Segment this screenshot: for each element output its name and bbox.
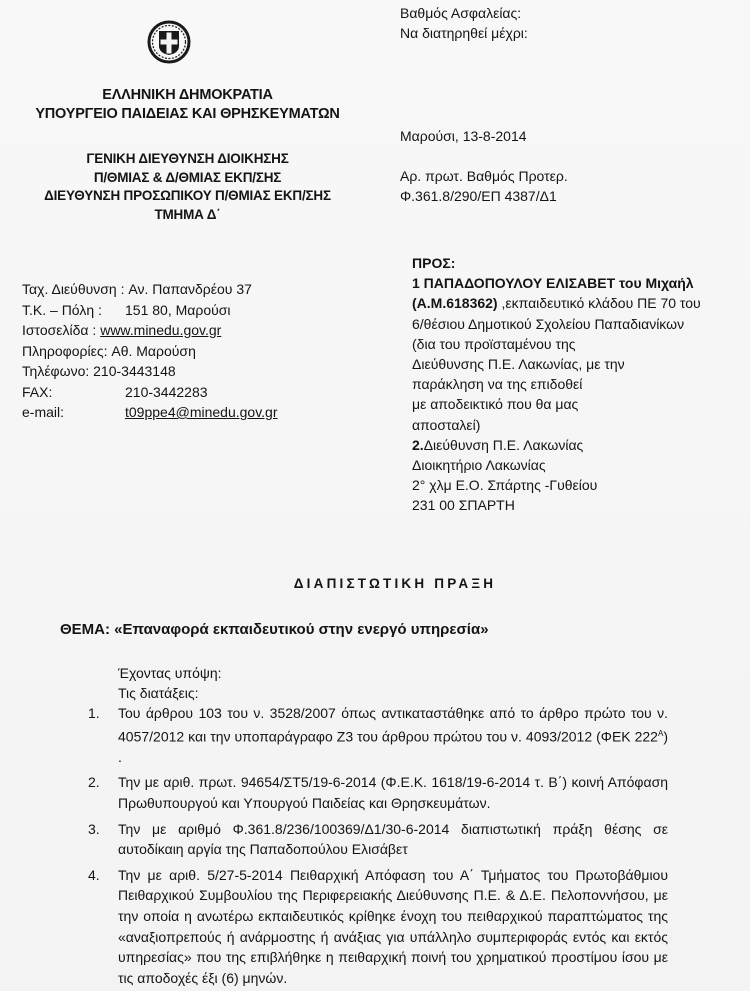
recipients-block: ΠΡΟΣ: 1 ΠΑΠΑΔΟΠΟΥΛΟΥ ΕΛΙΣΑΒΕΤ του Μιχαήλ…: [412, 253, 747, 516]
contact-fax: FAX:210-3442283: [22, 382, 278, 403]
protocol-label: Αρ. πρωτ. Βαθμός Προτερ.: [400, 166, 568, 186]
email-link[interactable]: t09ppe4@minedu.gov.gr: [125, 402, 278, 423]
info-value: Αθ. Μαρούση: [111, 341, 196, 362]
considering-block: Έχοντας υπόψη: Τις διατάξεις:: [118, 663, 222, 703]
website-link[interactable]: www.minedu.gov.gr: [100, 320, 221, 341]
provision-number: 4.: [88, 865, 118, 989]
recipient-1-line: παράκληση να της επιδοθεί: [412, 374, 747, 394]
provision-body: Του άρθρου 103 του ν. 3528/2007 όπως αντ…: [118, 705, 668, 744]
header-organization: ΕΛΛΗΝΙΚΗ ΔΗΜΟΚΡΑΤΙΑ ΥΠΟΥΡΓΕΙΟ ΠΑΙΔΕΙΑΣ Κ…: [0, 86, 375, 124]
city-value: 151 80, Μαρούσι: [125, 300, 231, 321]
provision-item: 4. Την με αριθ. 5/27-5-2014 Πειθαρχική Α…: [88, 865, 668, 989]
recipient-1-line: (δια του προϊσταμένου της: [412, 334, 747, 354]
recipient-2-num: 2.: [412, 437, 424, 453]
greek-coat-of-arms-icon: [147, 20, 191, 64]
contact-phone: Τηλέφωνο: 210-3443148: [22, 361, 278, 382]
provision-text: Την με αριθ. 5/27-5-2014 Πειθαρχική Απόφ…: [118, 865, 668, 989]
dept-line: ΔΙΕΥΘΥΝΣΗ ΠΡΟΣΩΠΙΚΟΥ Π/ΘΜΙΑΣ ΕΚΠ/ΣΗΣ: [0, 187, 375, 206]
fax-label: FAX:: [22, 382, 125, 403]
provision-text: Την με αριθ. πρωτ. 94654/ΣΤ5/19-6-2014 (…: [118, 772, 668, 813]
ministry-title: ΥΠΟΥΡΓΕΙΟ ΠΑΙΔΕΙΑΣ ΚΑΙ ΘΡΗΣΚΕΥΜΑΤΩΝ: [0, 105, 375, 124]
recipient-1-line: αποσταλεί): [412, 415, 747, 435]
header-department: ΓΕΝΙΚΗ ΔΙΕΥΘΥΝΣΗ ΔΙΟΙΚΗΣΗΣ Π/ΘΜΙΑΣ & Δ/Θ…: [0, 150, 375, 224]
city-label: Τ.Κ. – Πόλη :: [22, 300, 125, 321]
recipient-1-name: 1 ΠΑΠΑΔΟΠΟΥΛΟΥ ΕΛΙΣΑΒΕΤ: [412, 275, 615, 291]
recipient-1-line: 6/θέσιου Δημοτικού Σχολείου Παπαδιανίκων: [412, 314, 747, 334]
recipient-1-line: με αποδεικτικό που θα μας: [412, 394, 747, 414]
phone-value: 210-3443148: [93, 361, 176, 382]
email-label: e-mail:: [22, 402, 125, 423]
republic-title: ΕΛΛΗΝΙΚΗ ΔΗΜΟΚΡΑΤΙΑ: [0, 86, 375, 105]
contact-block: Ταχ. Διεύθυνση : Αν. Παπανδρέου 37 Τ.Κ. …: [22, 279, 278, 423]
recipient-1: 1 ΠΑΠΑΔΟΠΟΥΛΟΥ ΕΛΙΣΑΒΕΤ του Μιχαήλ: [412, 273, 747, 293]
contact-info: Πληροφορίες: Αθ. Μαρούση: [22, 341, 278, 362]
address-value: Αν. Παπανδρέου 37: [128, 279, 252, 300]
info-label: Πληροφορίες:: [22, 341, 107, 362]
document-title: ΔΙΑΠΙΣΤΩΤΙΚΗ ΠΡΑΞΗ: [0, 576, 750, 591]
provision-item: 3. Την με αριθμό Φ.361.8/236/100369/Δ1/3…: [88, 819, 668, 860]
recipient-1-father: του Μιχαήλ: [615, 275, 693, 291]
subject-text: «Επαναφορά εκπαιδευτικού στην ενεργό υπη…: [110, 621, 489, 638]
provision-number: 2.: [88, 772, 118, 813]
security-block: Βαθμός Ασφαλείας: Να διατηρηθεί μέχρι:: [400, 3, 528, 43]
considering-line: Έχοντας υπόψη:: [118, 663, 222, 683]
recipients-label: ΠΡΟΣ:: [412, 253, 747, 273]
address-label: Ταχ. Διεύθυνση :: [22, 279, 124, 300]
contact-email: e-mail:t09ppe4@minedu.gov.gr: [22, 402, 278, 423]
protocol-number: Φ.361.8/290/ΕΠ 4387/Δ1: [400, 186, 568, 206]
provisions-list: 1. Του άρθρου 103 του ν. 3528/2007 όπως …: [88, 703, 668, 991]
provision-number: 3.: [88, 819, 118, 860]
recipient-2-line: Διεύθυνση Π.Ε. Λακωνίας: [424, 437, 584, 453]
website-label: Ιστοσελίδα :: [22, 320, 96, 341]
keep-until-label: Να διατηρηθεί μέχρι:: [400, 23, 528, 43]
subject-label: ΘΕΜΑ:: [60, 621, 110, 638]
dept-line: Π/ΘΜΙΑΣ & Δ/ΘΜΙΑΣ ΕΚΠ/ΣΗΣ: [0, 169, 375, 188]
recipient-2: 2.Διεύθυνση Π.Ε. Λακωνίας: [412, 435, 747, 455]
provision-item: 2. Την με αριθ. πρωτ. 94654/ΣΤ5/19-6-201…: [88, 772, 668, 813]
considering-line: Τις διατάξεις:: [118, 683, 222, 703]
recipient-1-line: Διεύθυνσης Π.Ε. Λακωνίας, με την: [412, 354, 747, 374]
contact-website: Ιστοσελίδα : www.minedu.gov.gr: [22, 320, 278, 341]
recipient-1-line: (Α.Μ.618362) ,εκπαιδευτικό κλάδου ΠΕ 70 …: [412, 293, 747, 313]
recipient-2-line: Διοικητήριο Λακωνίας: [412, 455, 747, 475]
subject-line: ΘΕΜΑ: «Επαναφορά εκπαιδευτικού στην ενερ…: [60, 621, 489, 638]
date-line: Μαρούσι, 13-8-2014: [400, 128, 527, 144]
provision-text: Του άρθρου 103 του ν. 3528/2007 όπως αντ…: [118, 703, 668, 767]
fax-value: 210-3442283: [125, 382, 208, 403]
recipient-2-line: 2° χλμ Ε.Ο. Σπάρτης -Γυθείου: [412, 475, 747, 495]
contact-address: Ταχ. Διεύθυνση : Αν. Παπανδρέου 37: [22, 279, 278, 300]
provision-text: Την με αριθμό Φ.361.8/236/100369/Δ1/30-6…: [118, 819, 668, 860]
phone-label: Τηλέφωνο:: [22, 361, 89, 382]
recipient-2-line: 231 00 ΣΠΑΡΤΗ: [412, 495, 747, 515]
recipient-1-text: ,εκπαιδευτικό κλάδου ΠΕ 70 του: [498, 295, 701, 311]
dept-line: ΓΕΝΙΚΗ ΔΙΕΥΘΥΝΣΗ ΔΙΟΙΚΗΣΗΣ: [0, 150, 375, 169]
security-level-label: Βαθμός Ασφαλείας:: [400, 3, 528, 23]
provision-item: 1. Του άρθρου 103 του ν. 3528/2007 όπως …: [88, 703, 668, 767]
protocol-block: Αρ. πρωτ. Βαθμός Προτερ. Φ.361.8/290/ΕΠ …: [400, 166, 568, 206]
provision-number: 1.: [88, 703, 118, 767]
recipient-1-am: (Α.Μ.618362): [412, 295, 498, 311]
document-page: ΕΛΛΗΝΙΚΗ ΔΗΜΟΚΡΑΤΙΑ ΥΠΟΥΡΓΕΙΟ ΠΑΙΔΕΙΑΣ Κ…: [0, 0, 750, 991]
dept-line: ΤΜΗΜΑ Δ΄: [0, 206, 375, 225]
contact-city: Τ.Κ. – Πόλη :151 80, Μαρούσι: [22, 300, 278, 321]
